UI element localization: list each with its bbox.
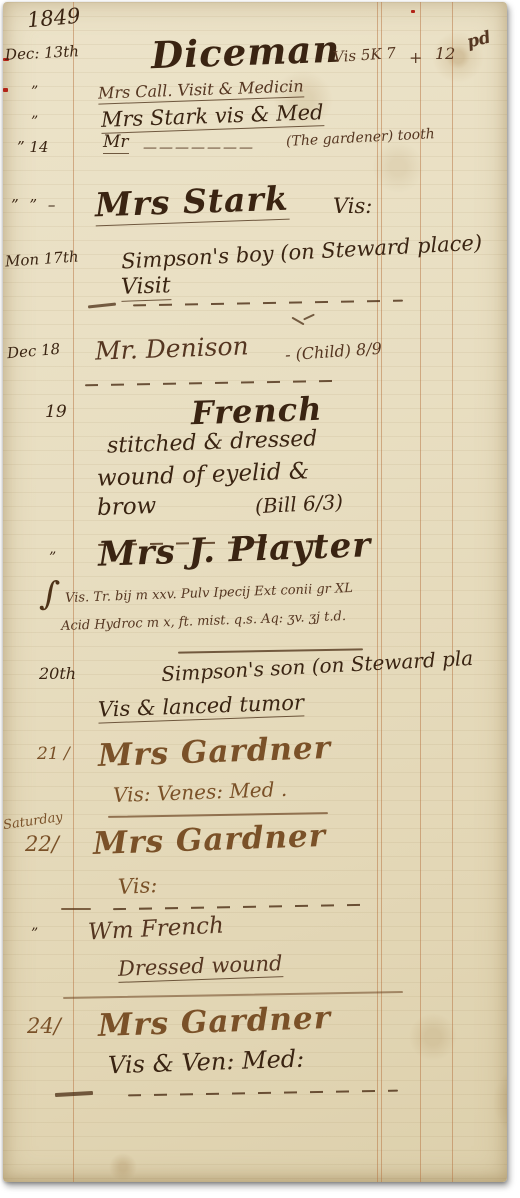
treatment-line: stitched & dressed [107, 426, 318, 458]
patient-name: Mrs Gardner [92, 818, 326, 862]
entry-date: 21 / [37, 744, 70, 764]
margin-flourish: ∫ [38, 573, 61, 615]
separator-dashes [85, 380, 345, 387]
year-heading: 1849 [26, 4, 81, 33]
ditto-mark: ” [31, 926, 38, 942]
amount: 12 [435, 44, 455, 63]
patient-name: Mrs J. Playter [97, 525, 371, 575]
treatment-line: wound of eyelid & [97, 458, 310, 491]
pen-stroke [61, 908, 91, 910]
entry-date: 24/ [27, 1014, 61, 1038]
red-edge-mark [3, 88, 8, 92]
patient-name: Mrs Gardner [97, 730, 331, 774]
patient-name: Diceman [150, 27, 341, 78]
plus-mark: + [409, 48, 422, 67]
prescription-line: Vis. Tr. bij m xxv. Pulv Ipecij Ext coni… [65, 581, 353, 606]
pen-stroke [88, 303, 116, 309]
visit-note: Vis: [117, 873, 158, 899]
column-rule-3 [452, 2, 453, 1182]
treatment-line: Vis & lanced tumor [98, 690, 305, 723]
ledger-page: 1849 Dec: 13th Diceman Vis 5K 7 + 12 pd … [3, 2, 507, 1182]
entry-line: Mrs Stark vis & Med [101, 100, 324, 134]
entry-date: 22/ [25, 832, 59, 856]
paid-mark: pd [465, 27, 493, 52]
ditto-mark: ” [31, 84, 38, 100]
entry-date: ” 14 [17, 138, 49, 156]
day-label: Saturday [2, 810, 63, 833]
prescription-line: Acid Hydroc m x, ft. mist. q.s. Aq: ʒv. … [61, 609, 346, 634]
visit-note: Vis & Ven: Med: [108, 1045, 305, 1080]
patient-name: Mrs Gardner [97, 1000, 331, 1044]
visit-note: Visit [121, 273, 172, 302]
patient-name: Mrs Stark [94, 179, 289, 227]
separator-dashes [133, 300, 403, 307]
entry-date: Mon 17th [4, 247, 79, 270]
entry-date: 19 [45, 402, 67, 422]
visit-note: Vis: Venes: Med . [113, 777, 288, 807]
entry-date: 20th [39, 664, 76, 683]
entry-date: Dec: 13th [5, 42, 80, 64]
column-rule-2 [420, 2, 421, 1182]
column-rule-1a [377, 2, 378, 1182]
pen-scribble [303, 314, 315, 321]
patient-name: Mr. Denison [95, 331, 250, 365]
separator-dashes [128, 1090, 398, 1097]
ditto-marks: ” ” – [11, 196, 58, 214]
separator-line [108, 812, 328, 818]
entry-note: - (Child) 8/9 [284, 339, 382, 365]
treatment-line: Dressed wound [118, 951, 283, 983]
treatment-line: brow [97, 493, 157, 521]
entry-line: Mr [103, 132, 129, 154]
separator-line [63, 991, 403, 999]
column-rule-1b [381, 2, 382, 1182]
entry-note: (The gardener) tooth [286, 126, 435, 150]
ditto-mark: ” [49, 550, 56, 566]
patient-name: Wm French [87, 912, 224, 945]
bill-note: (Bill 6/3) [254, 490, 343, 519]
fill-dash: ——————— [143, 140, 255, 156]
entry-line: Mrs Call. Visit & Medicin [98, 76, 304, 104]
patient-name: Simpson's boy (on Steward place) [121, 231, 483, 274]
visit-note: Vis: [333, 194, 372, 218]
entry-date: Dec 18 [6, 340, 61, 363]
fee-note: Vis 5K 7 [332, 44, 396, 66]
pen-stroke [55, 1091, 93, 1097]
red-speck [411, 10, 415, 13]
ditto-mark: ” [31, 114, 38, 130]
separator-dashes [113, 904, 363, 910]
